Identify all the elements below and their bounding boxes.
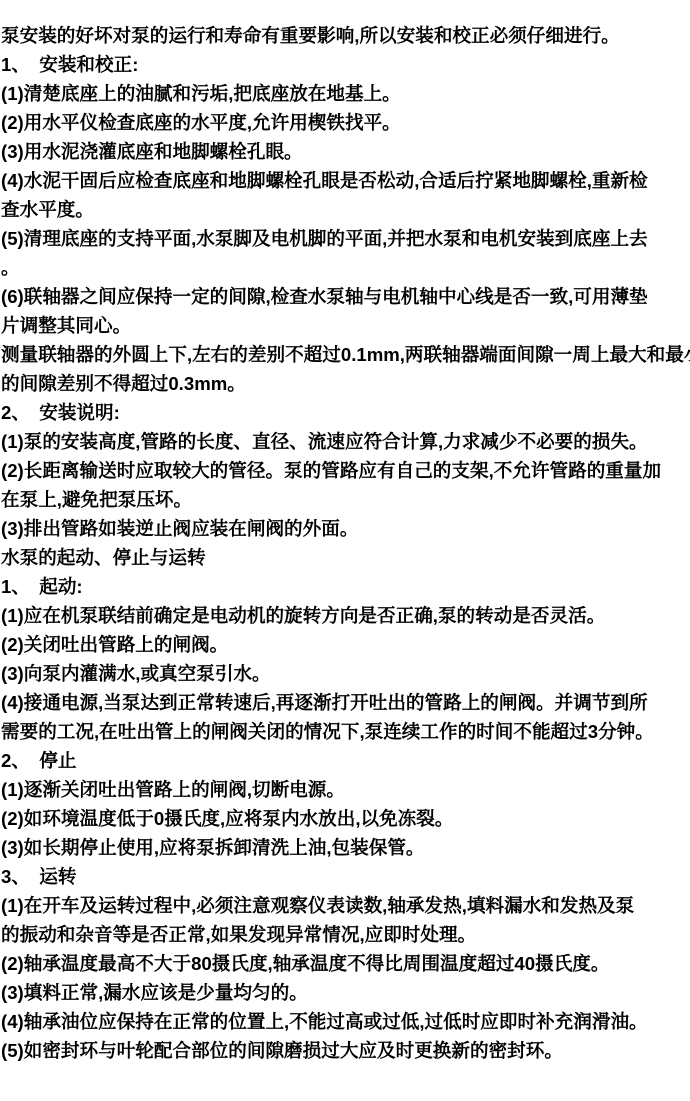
text-line: (2)用水平仪检查底座的水平度,允许用楔铁找平。	[1, 108, 688, 137]
text-line: 泵安装的好坏对泵的运行和寿命有重要影响,所以安装和校正必须仔细进行。	[1, 21, 688, 50]
text-line: (2)如环境温度低于0摄氏度,应将泵内水放出,以免冻裂。	[1, 804, 688, 833]
document-body: 泵安装的好坏对泵的运行和寿命有重要影响,所以安装和校正必须仔细进行。1、 安装和…	[1, 21, 688, 1065]
text-line: (3)用水泥浇灌底座和地脚螺栓孔眼。	[1, 137, 688, 166]
text-line: (1)泵的安装高度,管路的长度、直径、流速应符合计算,力求减少不必要的损失。	[1, 427, 688, 456]
text-line: 片调整其同心。	[1, 311, 688, 340]
text-line: (2)关闭吐出管路上的闸阀。	[1, 630, 688, 659]
text-line: (1)逐渐关闭吐出管路上的闸阀,切断电源。	[1, 775, 688, 804]
text-line: 测量联轴器的外圆上下,左右的差别不超过0.1mm,两联轴器端面间隙一周上最大和最…	[1, 340, 688, 369]
text-line: (1)应在机泵联结前确定是电动机的旋转方向是否正确,泵的转动是否灵活。	[1, 601, 688, 630]
text-line: (5)清理底座的支持平面,水泵脚及电机脚的平面,并把水泵和电机安装到底座上去	[1, 224, 688, 253]
text-line: 在泵上,避免把泵压坏。	[1, 485, 688, 514]
text-line: (3)如长期停止使用,应将泵拆卸清洗上油,包装保管。	[1, 833, 688, 862]
text-line: 的间隙差别不得超过0.3mm。	[1, 369, 688, 398]
text-line: 2、 停止	[1, 746, 688, 775]
text-line: 3、 运转	[1, 862, 688, 891]
text-line: (4)轴承油位应保持在正常的位置上,不能过高或过低,过低时应即时补充润滑油。	[1, 1007, 688, 1036]
text-line: (1)清楚底座上的油腻和污垢,把底座放在地基上。	[1, 79, 688, 108]
text-line: 需要的工况,在吐出管上的闸阀关闭的情况下,泵连续工作的时间不能超过3分钟。	[1, 717, 688, 746]
text-line: (2)长距离输送时应取较大的管径。泵的管路应有自己的支架,不允许管路的重量加	[1, 456, 688, 485]
text-line: (3)向泵内灌满水,或真空泵引水。	[1, 659, 688, 688]
text-line: 1、 起动:	[1, 572, 688, 601]
text-line: (4)接通电源,当泵达到正常转速后,再逐渐打开吐出的管路上的闸阀。并调节到所	[1, 688, 688, 717]
text-line: 。	[1, 253, 688, 282]
text-line: (6)联轴器之间应保持一定的间隙,检查水泵轴与电机轴中心线是否一致,可用薄垫	[1, 282, 688, 311]
document-page: 泵安装的好坏对泵的运行和寿命有重要影响,所以安装和校正必须仔细进行。1、 安装和…	[0, 0, 690, 1101]
text-line: (1)在开车及运转过程中,必须注意观察仪表读数,轴承发热,填料漏水和发热及泵	[1, 891, 688, 920]
text-line: (3)排出管路如装逆止阀应装在闸阀的外面。	[1, 514, 688, 543]
text-line: (3)填料正常,漏水应该是少量均匀的。	[1, 978, 688, 1007]
text-line: (4)水泥干固后应检查底座和地脚螺栓孔眼是否松动,合适后拧紧地脚螺栓,重新检	[1, 166, 688, 195]
text-line: (5)如密封环与叶轮配合部位的间隙磨损过大应及时更换新的密封环。	[1, 1036, 688, 1065]
text-line: 查水平度。	[1, 195, 688, 224]
text-line: 水泵的起动、停止与运转	[1, 543, 688, 572]
text-line: 1、 安装和校正:	[1, 50, 688, 79]
text-line: (2)轴承温度最高不大于80摄氏度,轴承温度不得比周围温度超过40摄氏度。	[1, 949, 688, 978]
text-line: 2、 安装说明:	[1, 398, 688, 427]
text-line: 的振动和杂音等是否正常,如果发现异常情况,应即时处理。	[1, 920, 688, 949]
